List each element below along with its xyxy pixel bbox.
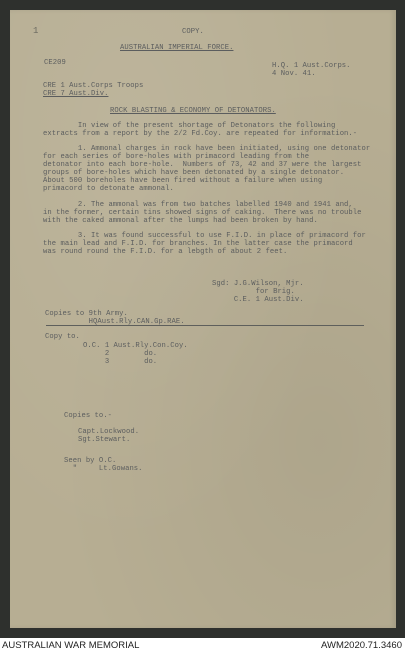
reference-number: CE209 [44,59,66,68]
divider-rule [46,325,364,326]
copies-to-label: Copies to.- [64,412,112,421]
institution-name: AUSTRALIAN WAR MEMORIAL [2,638,139,653]
intro-line: extracts from a report by the 2/2 Fd.Coy… [43,130,357,139]
seen-by-line: " Lt.Gowans. [64,465,143,474]
origin-date: 4 Nov. 41. [272,70,316,79]
copy-to-label: Copy to. [45,333,80,342]
para2-line: with the caked ammonal after the lumps h… [43,217,318,226]
para1-line: primacord to detonate ammonal. [43,185,174,194]
header-copy: COPY. [182,28,204,37]
header-force: AUSTRALIAN IMPERIAL FORCE. [120,44,233,53]
addressee-2: CRE 7 Aust.Div. [43,90,108,99]
subject-title: ROCK BLASTING & ECONOMY OF DETONATORS. [110,107,276,116]
page-mark: 1 [33,26,38,36]
para3-line: was round round the F.I.D. for a lebgth … [43,248,287,257]
signature-line: C.E. 1 Aust.Div. [212,296,304,305]
copies-to-line: Sgt.Stewart. [78,436,130,445]
caption-bar: AUSTRALIAN WAR MEMORIAL AWM2020.71.3460 [0,638,405,653]
accession-number: AWM2020.71.3460 [321,638,402,653]
copy-to-line: 3 do. [83,358,157,367]
